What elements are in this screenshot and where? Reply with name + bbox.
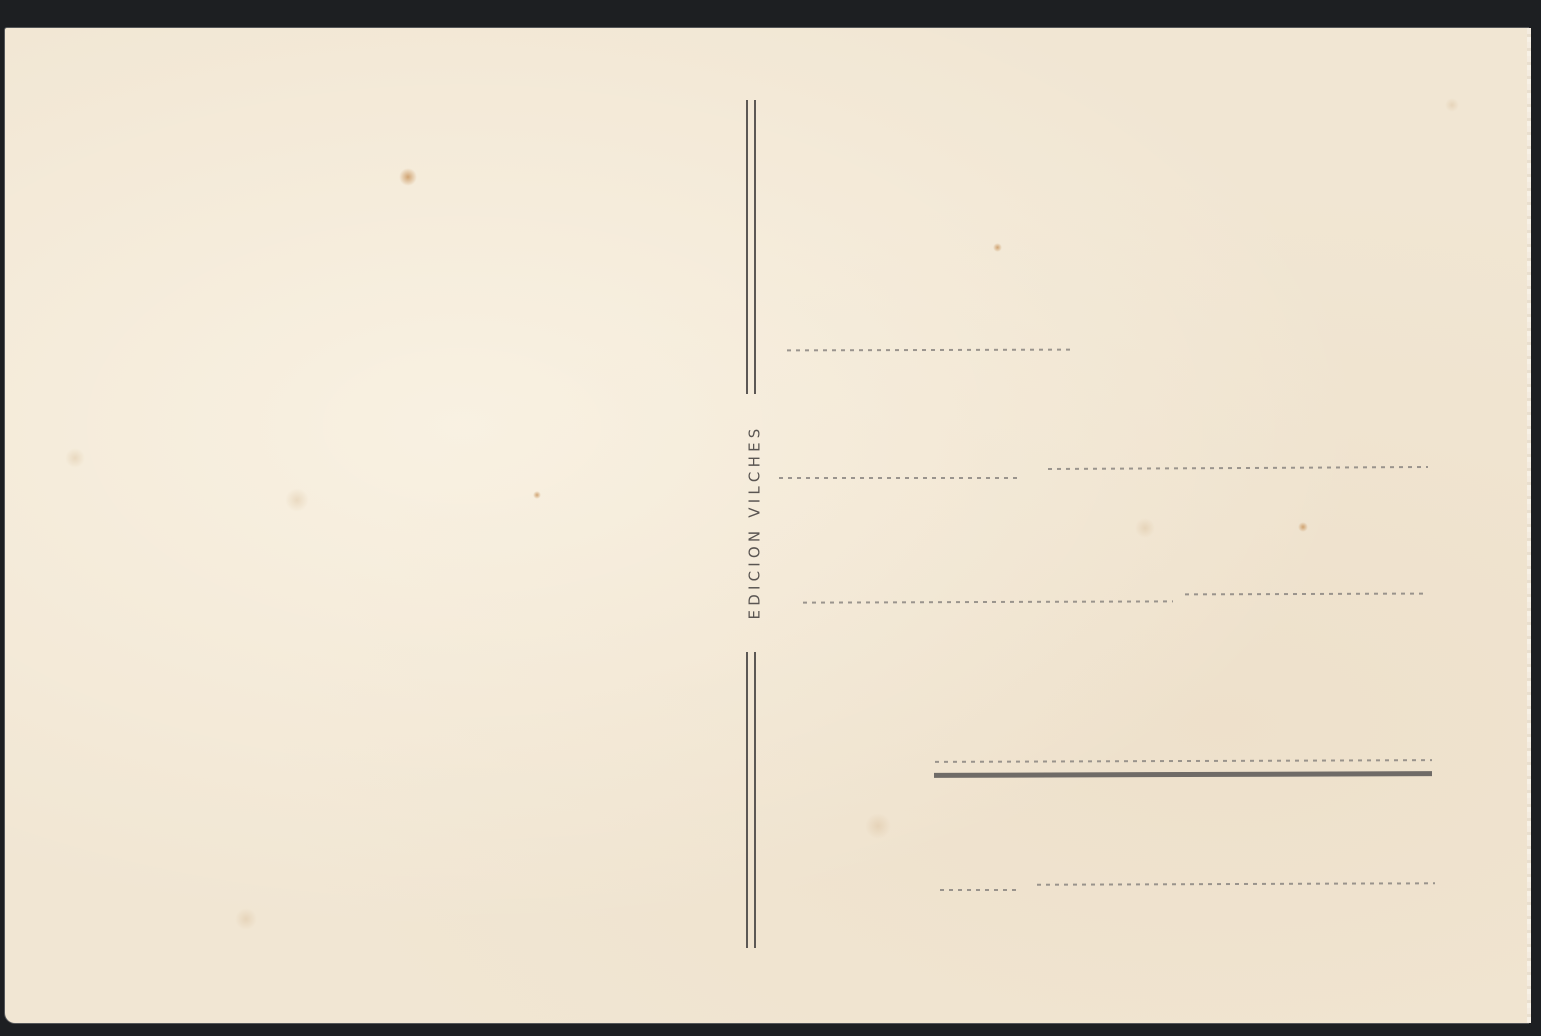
address-line-2a xyxy=(779,477,1019,479)
publisher-imprint-text: EDICION VILCHES xyxy=(745,425,763,620)
divider-line-bottom-left xyxy=(746,652,748,948)
address-line-6b xyxy=(1037,882,1435,885)
address-line-1 xyxy=(787,349,1072,352)
foxing-spot xyxy=(993,243,1002,252)
address-line-5-solid xyxy=(934,771,1432,778)
address-line-6a xyxy=(940,889,1020,891)
address-line-3a xyxy=(803,600,1173,603)
divider-line-bottom-right xyxy=(754,652,756,948)
foxing-spot xyxy=(235,908,257,930)
divider-line-top-right xyxy=(754,100,756,394)
foxing-spot xyxy=(1445,98,1459,112)
foxing-spot xyxy=(1135,518,1155,538)
foxing-spot xyxy=(865,813,891,839)
address-line-2b xyxy=(1048,466,1428,470)
foxing-spot xyxy=(65,448,85,468)
foxing-spot xyxy=(399,168,417,186)
divider-line-top-left xyxy=(746,100,748,394)
address-line-4 xyxy=(935,759,1432,763)
address-line-3b xyxy=(1185,593,1428,596)
publisher-imprint: EDICION VILCHES xyxy=(743,400,765,644)
foxing-spot xyxy=(285,488,309,512)
foxing-spot xyxy=(533,491,541,499)
foxing-spot xyxy=(1298,522,1308,532)
postcard-back: EDICION VILCHES xyxy=(5,28,1528,1023)
